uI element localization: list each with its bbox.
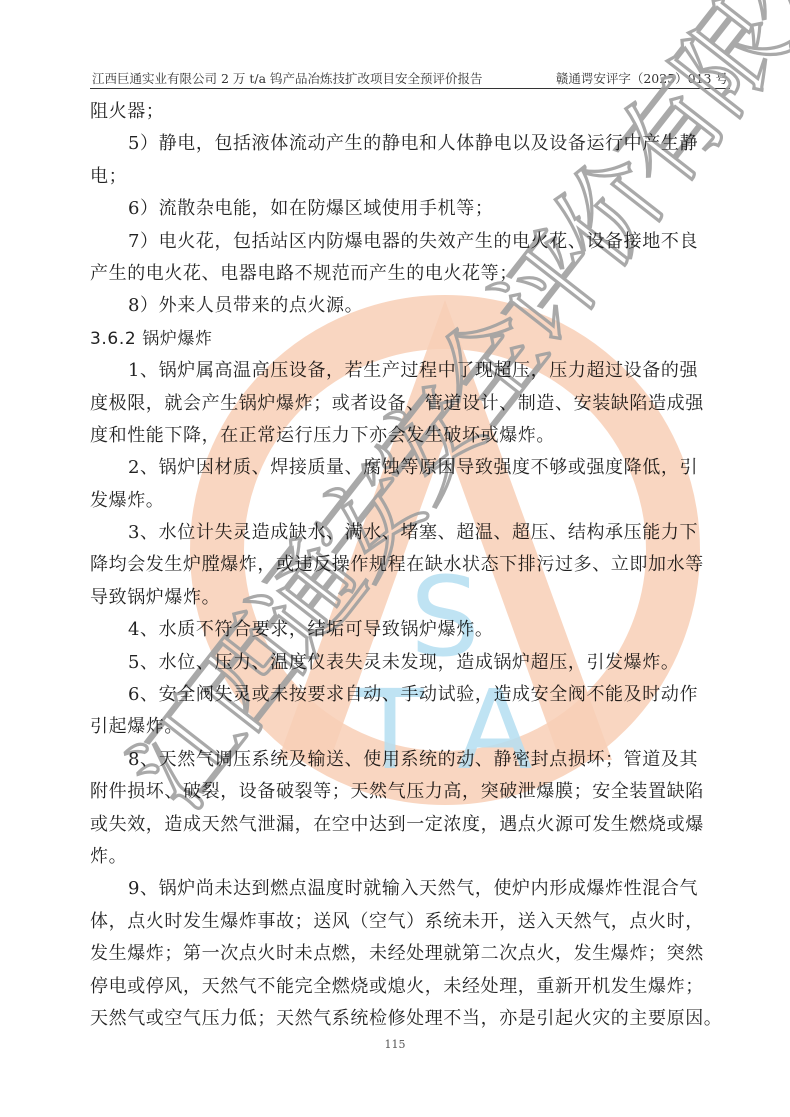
- paragraph-line: 导致锅炉爆炸。: [90, 582, 732, 614]
- paragraph-line: 电；: [90, 161, 732, 193]
- body-content: 阻火器；5）静电，包括液体流动产生的静电和人体静电以及设备运行中产生静电；6）流…: [90, 96, 732, 1035]
- paragraph-line: 发生爆炸；第一次点火时未点燃，未经处理就第二次点火，发生爆炸；突然: [90, 938, 732, 970]
- paragraph-line: 6）流散杂电能，如在防爆区域使用手机等；: [90, 193, 732, 225]
- section-heading: 3.6.2 锅炉爆炸: [90, 323, 732, 355]
- paragraph-line: 炸。: [90, 841, 732, 873]
- paragraph-line: 3、水位计失灵造成缺水、满水、堵塞、超温、超压、结构承压能力下: [90, 517, 732, 549]
- paragraph-line: 5）静电，包括液体流动产生的静电和人体静电以及设备运行中产生静: [90, 128, 732, 160]
- paragraph-line: 度极限，就会产生锅炉爆炸；或者设备、管道设计、制造、安装缺陷造成强: [90, 388, 732, 420]
- paragraph-line: 发爆炸。: [90, 485, 732, 517]
- paragraph-line: 2、锅炉因材质、焊接质量、腐蚀等原因导致强度不够或强度降低，引: [90, 452, 732, 484]
- paragraph-line: 引起爆炸。: [90, 711, 732, 743]
- paragraph-line: 4、水质不符合要求，结垢可导致锅炉爆炸。: [90, 614, 732, 646]
- page-header: 江西巨通实业有限公司 2 万 t/a 钨产品冶炼技扩改项目安全预评价报告 赣通谔…: [90, 66, 730, 89]
- paragraph-line: 7）电火花，包括站区内防爆电器的失效产生的电火花、设备接地不良: [90, 226, 732, 258]
- document-page: 江西巨通实业有限公司 2 万 t/a 钨产品冶炼技扩改项目安全预评价报告 赣通谔…: [0, 0, 790, 1117]
- paragraph-line: 5、水位、压力、温度仪表失灵未发现，造成锅炉超压，引发爆炸。: [90, 647, 732, 679]
- paragraph-line: 或失效，造成天然气泄漏，在空中达到一定浓度，遇点火源可发生燃烧或爆: [90, 809, 732, 841]
- paragraph-line: 8、天然气调压系统及输送、使用系统的动、静密封点损坏；管道及其: [90, 744, 732, 776]
- paragraph-line: 附件损坏、破裂，设备破裂等；天然气压力高，突破泄爆膜；安全装置缺陷: [90, 776, 732, 808]
- page-number: 115: [0, 1038, 790, 1051]
- paragraph-line: 1、锅炉属高温高压设备，若生产过程中了现超压，压力超过设备的强: [90, 355, 732, 387]
- header-document-number: 赣通谔安评字（2025）013 号: [556, 69, 728, 87]
- paragraph-line: 度和性能下降，在正常运行压力下亦会发生破坏或爆炸。: [90, 420, 732, 452]
- paragraph-line: 9、锅炉尚未达到燃点温度时就输入天然气，使炉内形成爆炸性混合气: [90, 873, 732, 905]
- paragraph-line: 8）外来人员带来的点火源。: [90, 290, 732, 322]
- paragraph-line: 6、安全阀失灵或未按要求自动、手动试验，造成安全阀不能及时动作: [90, 679, 732, 711]
- paragraph-line: 降均会发生炉膛爆炸，或违反操作规程在缺水状态下排污过多、立即加水等: [90, 549, 732, 581]
- paragraph-line: 停电或停风，天然气不能完全燃烧或熄火，未经处理，重新开机发生爆炸；: [90, 971, 732, 1003]
- paragraph-line: 产生的电火花、电器电路不规范而产生的电火花等；: [90, 258, 732, 290]
- paragraph-line: 阻火器；: [90, 96, 732, 128]
- paragraph-line: 天然气或空气压力低；天然气系统检修处理不当，亦是引起火灾的主要原因。: [90, 1003, 732, 1035]
- paragraph-line: 体，点火时发生爆炸事故；送风（空气）系统未开，送入天然气，点火时，: [90, 906, 732, 938]
- header-report-title: 江西巨通实业有限公司 2 万 t/a 钨产品冶炼技扩改项目安全预评价报告: [92, 69, 483, 87]
